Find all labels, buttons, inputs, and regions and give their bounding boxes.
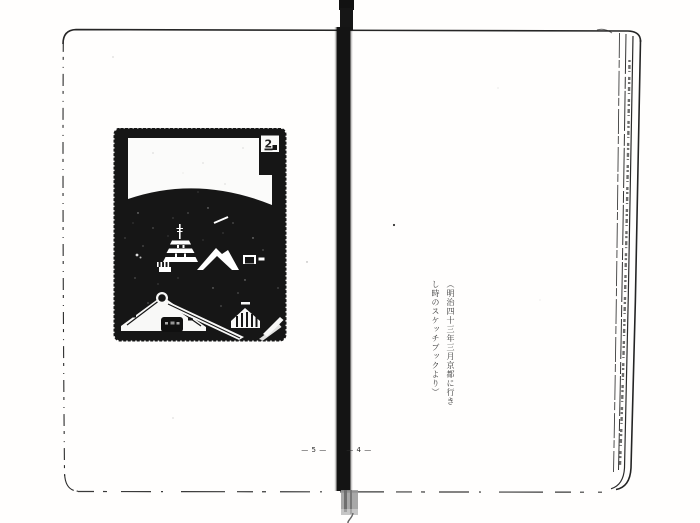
- left-page-number: — 5 —: [292, 446, 336, 454]
- scanned-book-spread: 2: [0, 0, 700, 523]
- book-bottom-edge: [78, 492, 602, 493]
- bookmark-ribbon: [335, 0, 354, 491]
- woodblock-print-illustration: 2: [113, 128, 290, 342]
- caption-vertical-text: （明治四十三年三月京都に行き し時のスケッチブックより）: [428, 280, 458, 414]
- book-bottom-left-corner: [65, 474, 78, 491]
- right-page-number: — 4 —: [342, 446, 376, 454]
- book-left-edge: [63, 40, 65, 482]
- book-page-edges: [0, 0, 700, 523]
- fore-edge-page-lines: [611, 33, 641, 490]
- caption-line-1: （明治四十三年三月京都に行き: [443, 280, 458, 414]
- artist-seal: [161, 317, 183, 332]
- ribbon-tail: [341, 490, 358, 523]
- caption-line-2: し時のスケッチブックより）: [428, 280, 443, 414]
- plate-number-cartouche: 2: [259, 136, 285, 176]
